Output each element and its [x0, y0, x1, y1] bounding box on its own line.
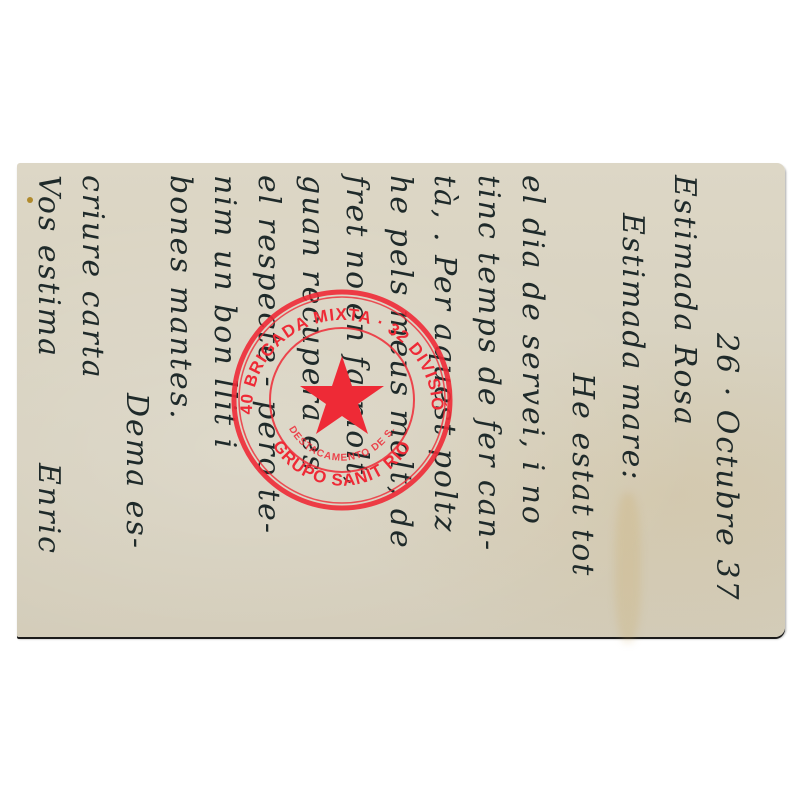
letter-line: el dia de servei, i no	[517, 175, 547, 526]
postcard: 26 · Octubre 37 Estimada Rosa Estimada m…	[17, 163, 785, 637]
signature: Enric	[33, 463, 63, 555]
letter-line: Vos estima	[33, 175, 63, 358]
letter-date: 26 · Octubre 37	[711, 333, 741, 602]
letter-line: Dema es-	[121, 393, 151, 550]
letter-line: criure carta	[77, 175, 107, 380]
letter-line: He estat tot	[567, 373, 597, 577]
letter-line: Estimada Rosa	[669, 175, 699, 427]
letter-line: tinc temps de fer can-	[473, 175, 503, 552]
star-icon	[300, 356, 384, 434]
letter-line: Estimada mare:	[617, 213, 647, 481]
military-stamp: 140 BRIGADA MIXTA · 32 DIVISIÓN GRUPO SA…	[228, 286, 456, 514]
letter-line: bones mantes.	[165, 175, 195, 421]
